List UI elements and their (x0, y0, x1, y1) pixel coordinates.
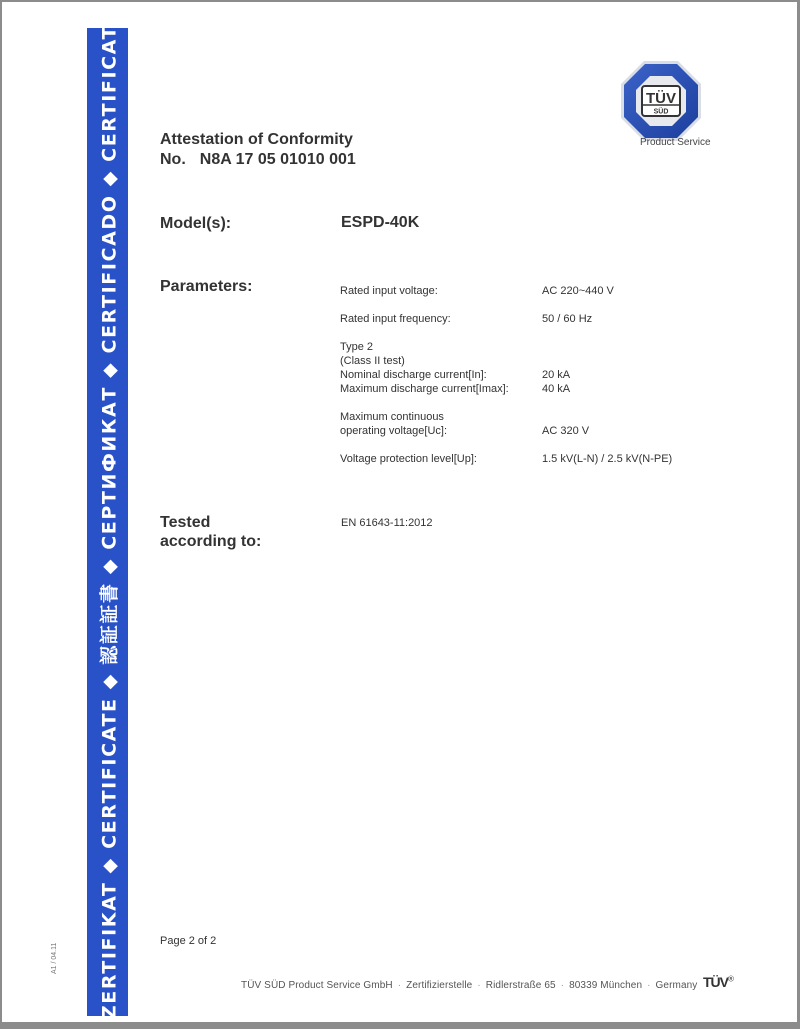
tuv-sud-logo-icon: TÜV SÜD (619, 59, 703, 143)
page-number: Page 2 of 2 (160, 935, 216, 947)
footer-tuv-logo-icon: TÜV® (703, 974, 734, 990)
band-text: ZERTIFIKAT ◆ CERTIFICATE ◆ 認証証書 ◆ СЕРТИФ… (94, 28, 121, 1016)
document-title: Attestation of Conformity (160, 130, 353, 150)
svg-text:TÜV: TÜV (646, 90, 676, 107)
param-name: Rated input voltage: (340, 284, 438, 298)
param-name: (Class II test) (340, 354, 405, 368)
param-value: AC 220~440 V (542, 284, 614, 298)
param-value: 1.5 kV(L-N) / 2.5 kV(N-PE) (542, 452, 672, 466)
param-value: 50 / 60 Hz (542, 312, 592, 326)
certificate-page: ZERTIFIKAT ◆ CERTIFICATE ◆ 認証証書 ◆ СЕРТИФ… (2, 2, 797, 1022)
certificate-number: No.N8A 17 05 01010 001 (160, 151, 356, 169)
footer-address: TÜV SÜD Product Service GmbH·Zertifizier… (241, 980, 697, 991)
param-name: Nominal discharge current[In]: (340, 368, 487, 382)
param-name: Maximum continuous (340, 410, 444, 424)
param-name: Voltage protection level[Up]: (340, 452, 477, 466)
svg-text:SÜD: SÜD (654, 107, 669, 116)
form-revision: A1 / 04.11 (51, 943, 58, 974)
param-value: 20 kA (542, 368, 570, 382)
param-value: 40 kA (542, 382, 570, 396)
certificate-number-value: N8A 17 05 01010 001 (200, 151, 356, 168)
param-value: AC 320 V (542, 424, 589, 438)
tested-standard: EN 61643-11:2012 (341, 517, 433, 529)
logo-caption: Product Service (640, 137, 711, 148)
param-name: operating voltage[Uc]: (340, 424, 447, 438)
certificate-number-label: No. (160, 151, 186, 168)
certificate-side-band: ZERTIFIKAT ◆ CERTIFICATE ◆ 認証証書 ◆ СЕРТИФ… (87, 28, 128, 1016)
parameters-label: Parameters: (160, 277, 253, 296)
param-name: Rated input frequency: (340, 312, 451, 326)
param-name: Maximum discharge current[Imax]: (340, 382, 509, 396)
model-label: Model(s): (160, 214, 231, 233)
tested-label: Tested according to: (160, 513, 261, 551)
param-name: Type 2 (340, 340, 373, 354)
model-value: ESPD-40K (341, 214, 419, 232)
